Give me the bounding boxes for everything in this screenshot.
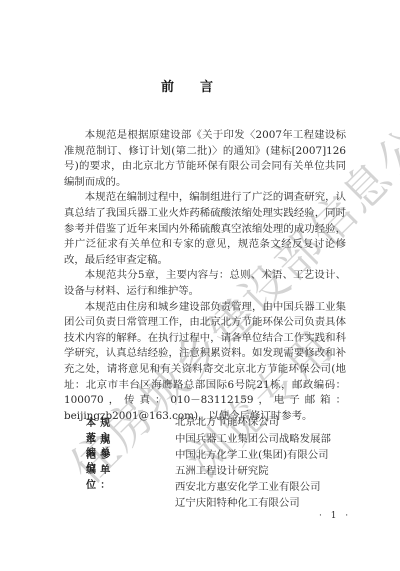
participating-editor-label: 本规范参编单位： bbox=[86, 431, 114, 491]
paragraph-management: 本规范由住房和城乡建设部负责管理，由中国兵器工业集团公司负责日常管理工作，由北京… bbox=[64, 300, 346, 425]
paragraph-basis: 本规范是根据原建设部《关于印发〈2007年工程建设标准规范制订、修订计划(第二批… bbox=[64, 128, 346, 190]
document-page: 前言 本规范是根据原建设部《关于印发〈2007年工程建设标准规范制订、修订计划(… bbox=[0, 0, 400, 571]
preface-body: 本规范是根据原建设部《关于印发〈2007年工程建设标准规范制订、修订计划(第二批… bbox=[64, 128, 346, 424]
page-number: · 1 · bbox=[319, 511, 351, 521]
paragraph-process: 本规范在编制过程中，编制组进行了广泛的调查研究，认真总结了我国兵器工业火炸药稀硫… bbox=[64, 190, 346, 268]
page-title: 前言 bbox=[0, 76, 400, 95]
paragraph-contents: 本规范共分5章，主要内容与：总则、术语、工艺设计、设备与材料、运行和维护等。 bbox=[64, 268, 346, 299]
